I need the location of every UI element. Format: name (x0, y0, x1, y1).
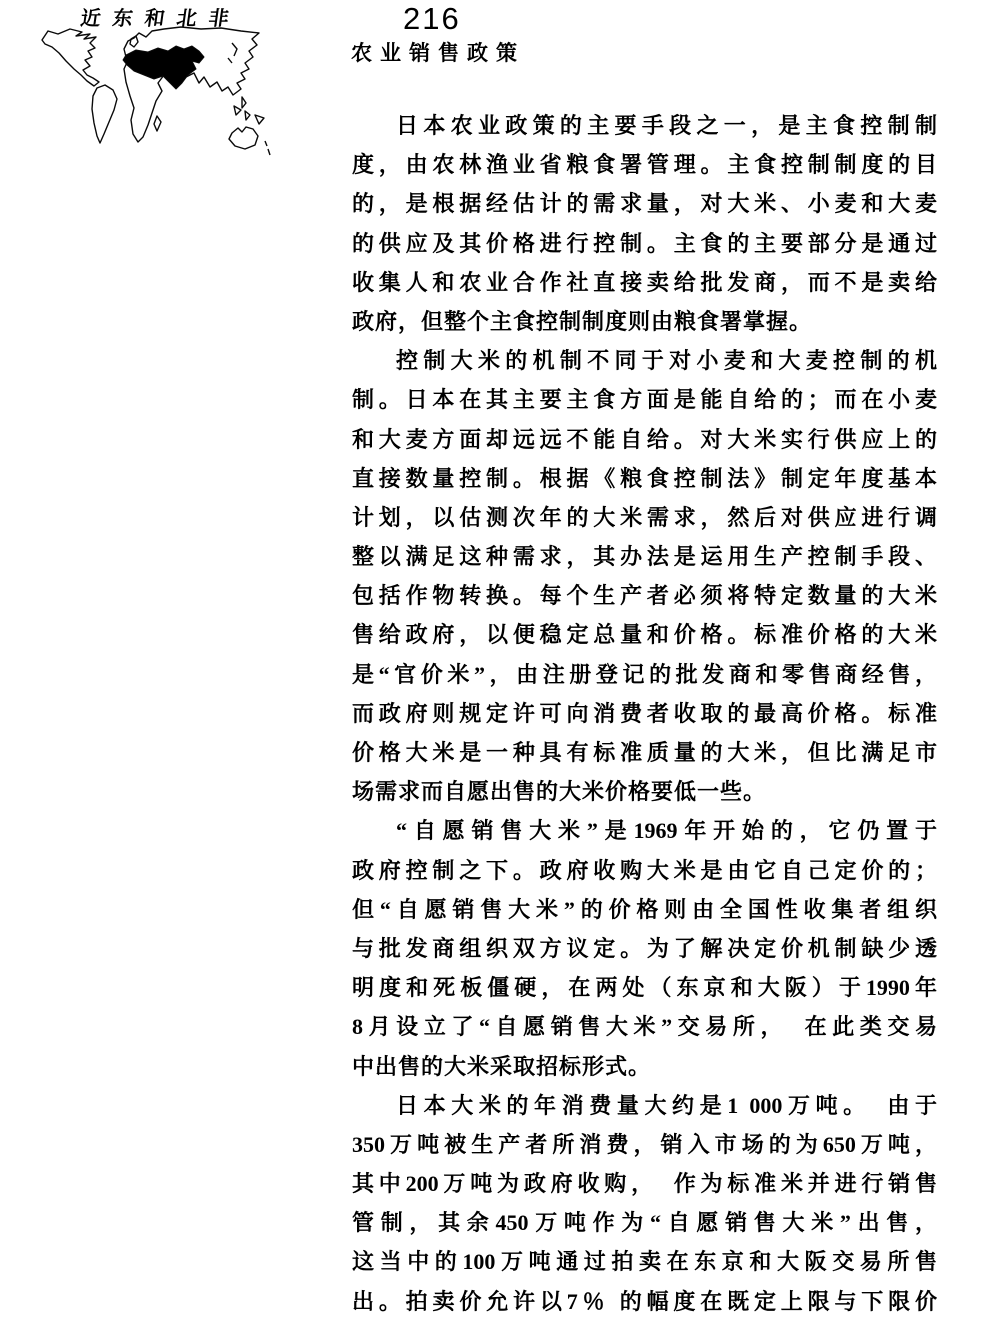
text-line: 制。日本在其主要主食方面是能自给的；而在小麦 (352, 380, 937, 419)
text-line: 是“官价米”，由注册登记的批发商和零售商经售， (352, 655, 937, 694)
philippines-outline (242, 97, 246, 108)
text-line: 中出售的大米采取招标形式。 (352, 1047, 937, 1086)
text-line: 场需求而自愿出售的大米价格要低一些。 (352, 772, 937, 811)
sulawesi-outline (245, 111, 250, 120)
new-zealand-outline (265, 141, 270, 155)
text-line: 政府控制之下。政府收购大米是由它自己定价的； (352, 851, 937, 890)
text-line: 度，由农林渔业省粮食署管理。主食控制制度的目 (352, 145, 937, 184)
text-line: 明度和死板僵硬，在两处（东京和大阪）于1990年 (352, 968, 937, 1007)
text-line: 售给政府，以便稳定总量和价格。标准价格的大米 (352, 615, 937, 654)
text-line: 收集人和农业合作社直接卖给批发商，而不是卖给 (352, 263, 937, 302)
text-line: 8月设立了“自愿销售大米”交易所， 在此类交易 (352, 1007, 937, 1046)
text-line: 的，是根据经估计的需求量，对大米、小麦和大麦 (352, 184, 937, 223)
borneo-outline (234, 106, 241, 115)
page-number: 216 (403, 1, 461, 37)
text-line: 而政府则规定许可向消费者收取的最高价格。标准 (352, 694, 937, 733)
section-title: 农业销售政策 (351, 37, 525, 67)
text-line: 政府，但整个主食控制制度则由粮食署掌握。 (352, 302, 937, 341)
text-line: 直接数量控制。根据《粮食控制法》制定年度基本 (352, 459, 937, 498)
text-line: 和大麦方面却远远不能自给。对大米实行供应上的 (352, 420, 937, 459)
text-line: 与批发商组织双方议定。为了解决定价机制缺少透 (352, 929, 937, 968)
text-line: 控制大米的机制不同于对小麦和大麦控制的机 (352, 341, 937, 380)
madagascar-outline (154, 116, 161, 131)
new-guinea-outline (255, 115, 264, 124)
text-line: 其中200万吨为政府收购， 作为标准米并进行销售 (352, 1164, 937, 1203)
text-line: 的供应及其价格进行控制。主食的主要部分是通过 (352, 224, 937, 263)
north-america-outline (42, 29, 99, 86)
book-page: 近东和北非 (0, 0, 1000, 1322)
world-map-icon (36, 24, 290, 166)
text-line: 日本农业政策的主要手段之一，是主食控制制 (352, 106, 937, 145)
world-map-graphic (36, 24, 290, 166)
highlight-region-near-east-north-africa (123, 46, 204, 89)
text-line: 管制，其余450万吨作为“自愿销售大米”出售， (352, 1203, 937, 1242)
text-line: 这当中的100万吨通过拍卖在东京和大阪交易所售 (352, 1242, 937, 1281)
australia-outline (229, 127, 258, 149)
text-line: 出。拍卖价允许以7％ 的幅度在既定上限与下限价 (352, 1282, 937, 1321)
text-line: 日本大米的年消费量大约是1 000万吨。 由于 (352, 1086, 937, 1125)
text-line: 但“自愿销售大米”的价格则由全国性收集者组织 (352, 890, 937, 929)
south-america-outline (92, 85, 117, 143)
text-line: 350万吨被生产者所消费，销入市场的为650万吨， (352, 1125, 937, 1164)
body-text: 日本农业政策的主要手段之一，是主食控制制度，由农林渔业省粮食署管理。主食控制制度… (352, 106, 937, 1321)
text-line: 整以满足这种需求，其办法是运用生产控制手段、 (352, 537, 937, 576)
text-line: “自愿销售大米”是1969年开始的，它仍置于 (352, 811, 937, 850)
japan-south-outline (228, 58, 232, 63)
japan-outline (232, 43, 237, 56)
text-line: 价格大米是一种具有标准质量的大米，但比满足市 (352, 733, 937, 772)
text-line: 包括作物转换。每个生产者必须将特定数量的大米 (352, 576, 937, 615)
text-line: 计划，以估测次年的大米需求，然后对供应进行调 (352, 498, 937, 537)
